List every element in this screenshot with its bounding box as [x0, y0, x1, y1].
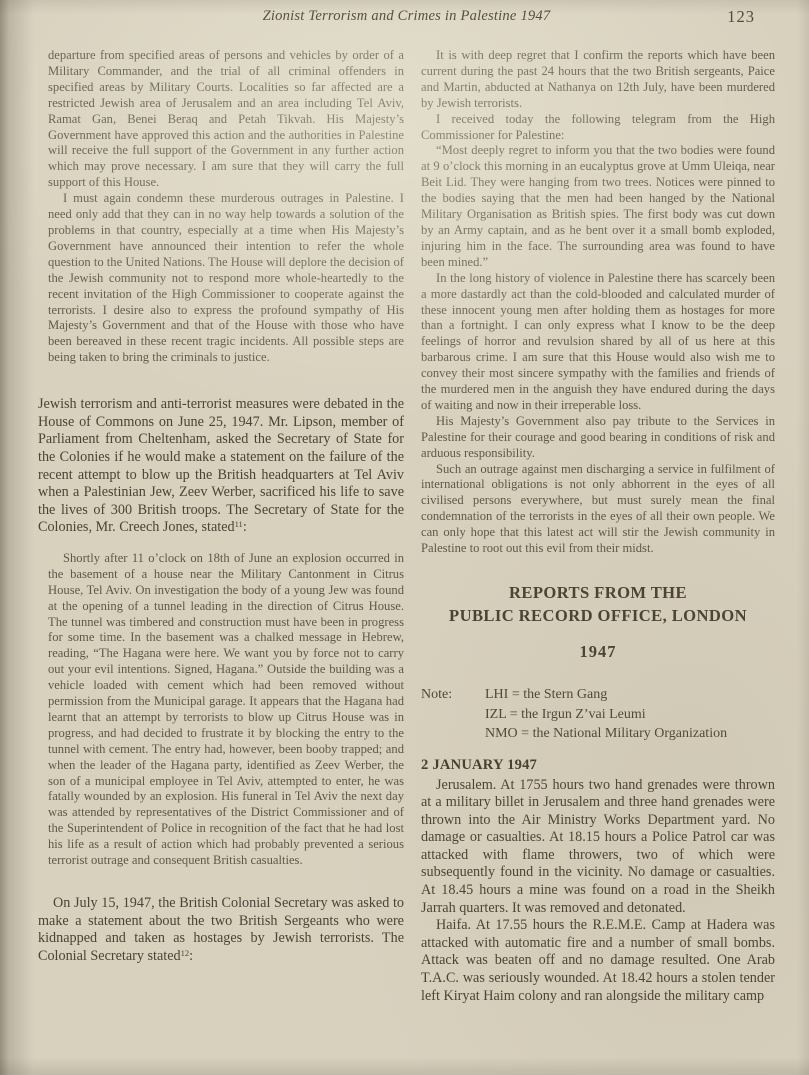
note-label: Note: [421, 685, 485, 744]
entry-paragraph-haifa: Haifa. At 17.55 hours the R.E.M.E. Camp … [421, 917, 775, 1005]
commons-paragraph: Jewish terrorism and anti-terrorist meas… [38, 396, 404, 537]
section-heading: REPORTS FROM THE PUBLIC RECORD OFFICE, L… [421, 581, 775, 627]
commons-paragraph-text: Jewish terrorism and anti-terrorist meas… [38, 396, 404, 535]
continuation-paragraph: departure from specified areas of person… [48, 48, 404, 191]
section-heading-line1: REPORTS FROM THE [421, 581, 775, 604]
scanned-page: Zionist Terrorism and Crimes in Palestin… [0, 0, 809, 1075]
entries: Jerusalem. At 1755 hours two hand grenad… [421, 777, 775, 1006]
text-columns: departure from specified areas of person… [0, 48, 809, 1005]
quoted-paragraph-telegram-intro: I received today the following telegram … [421, 112, 775, 144]
footnote-reference-11: 11 [235, 519, 243, 529]
note-item-lhi: LHI = the Stern Gang [485, 685, 727, 705]
section-heading-line2: PUBLIC RECORD OFFICE, LONDON [421, 604, 775, 627]
quoted-paragraph-regret: It is with deep regret that I confirm th… [421, 48, 775, 112]
note-items: LHI = the Stern Gang IZL = the Irgun Z’v… [485, 685, 727, 744]
july-paragraph-text: On July 15, 1947, the British Colonial S… [38, 895, 404, 964]
page-number: 123 [727, 7, 755, 27]
july-paragraph: On July 15, 1947, the British Colonial S… [38, 895, 404, 965]
note-item-nmo: NMO = the National Military Organization [485, 724, 727, 744]
left-column: departure from specified areas of person… [38, 48, 404, 1005]
quoted-paragraph-tribute: His Majesty’s Government also pay tribut… [421, 414, 775, 462]
commons-paragraph-colon: : [243, 519, 247, 535]
right-column: It is with deep regret that I confirm th… [421, 48, 775, 1005]
year-heading: 1947 [421, 642, 775, 662]
quoted-paragraph-outrage: Such an outrage against men discharging … [421, 462, 775, 557]
page-header: Zionist Terrorism and Crimes in Palestin… [40, 7, 773, 31]
running-title: Zionist Terrorism and Crimes in Palestin… [40, 8, 773, 25]
condemn-paragraph: I must again condemn these murderous out… [48, 191, 404, 366]
note-block: Note: LHI = the Stern Gang IZL = the Irg… [421, 685, 775, 744]
footnote-reference-12: 12 [181, 948, 190, 958]
statement-blockquote: Shortly after 11 o’clock on 18th of June… [48, 551, 404, 869]
quoted-paragraph-dastardly: In the long history of violence in Pales… [421, 271, 775, 414]
entry-paragraph-jerusalem: Jerusalem. At 1755 hours two hand grenad… [421, 777, 775, 918]
note-item-izl: IZL = the Irgun Z’vai Leumi [485, 705, 727, 725]
date-heading: 2 JANUARY 1947 [421, 757, 775, 774]
quoted-paragraph-telegram: “Most deeply regret to inform you that t… [421, 143, 775, 270]
july-paragraph-colon: : [189, 948, 193, 964]
